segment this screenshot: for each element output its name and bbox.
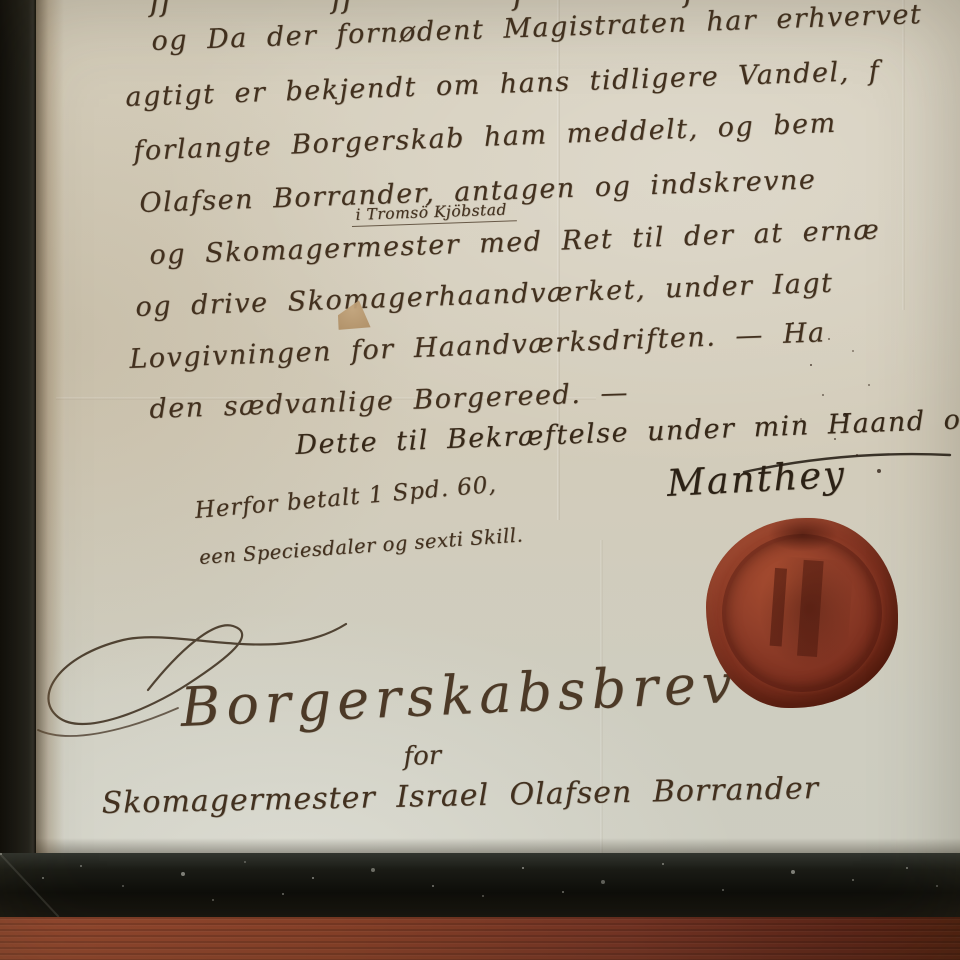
handwriting-line-3: forlangte Borgerskab ham meddelt, og bem [133,108,837,167]
handwriting-line-5: og Skomagermester med Ret til der at ern… [149,215,881,271]
title-connector-word: for [403,741,442,772]
wax-seal-smudge [768,516,838,552]
interlinear-insertion-note: i Tromsö Kjöbstad [351,200,517,227]
ink-spatter [792,322,794,324]
framed-document-photo: ſſ ſſ ſ ſ og Da der fornødent Magistrate… [0,0,960,960]
picture-frame-left [0,0,36,918]
frame-inner-shadow [36,0,64,856]
fee-note-line-1: Herfor betalt 1 Spd. 60, [194,472,498,524]
handwriting-line-7: Lovgivningen for Haandværksdriften. — Ha [129,317,826,375]
recipient-name-line: Skomagermester Israel Olafsen Borrander [101,771,819,821]
document-paper: ſſ ſſ ſ ſ og Da der fornødent Magistrate… [0,0,960,960]
paper-edge-shadow [36,838,960,854]
picture-frame-bottom [0,853,960,917]
red-wax-seal [706,518,898,708]
fee-note-line-2: een Speciesdaler og sexti Skill. [198,523,523,569]
paper-crease-vertical [902,0,905,310]
wood-table-surface [0,917,960,960]
handwriting-line-6: og drive Skomagerhaandværket, under Iagt [135,268,834,323]
handwriting-line-2: agtigt er bekjendt om hans tidligere Van… [125,56,881,113]
official-signature: Manthey [666,453,847,505]
